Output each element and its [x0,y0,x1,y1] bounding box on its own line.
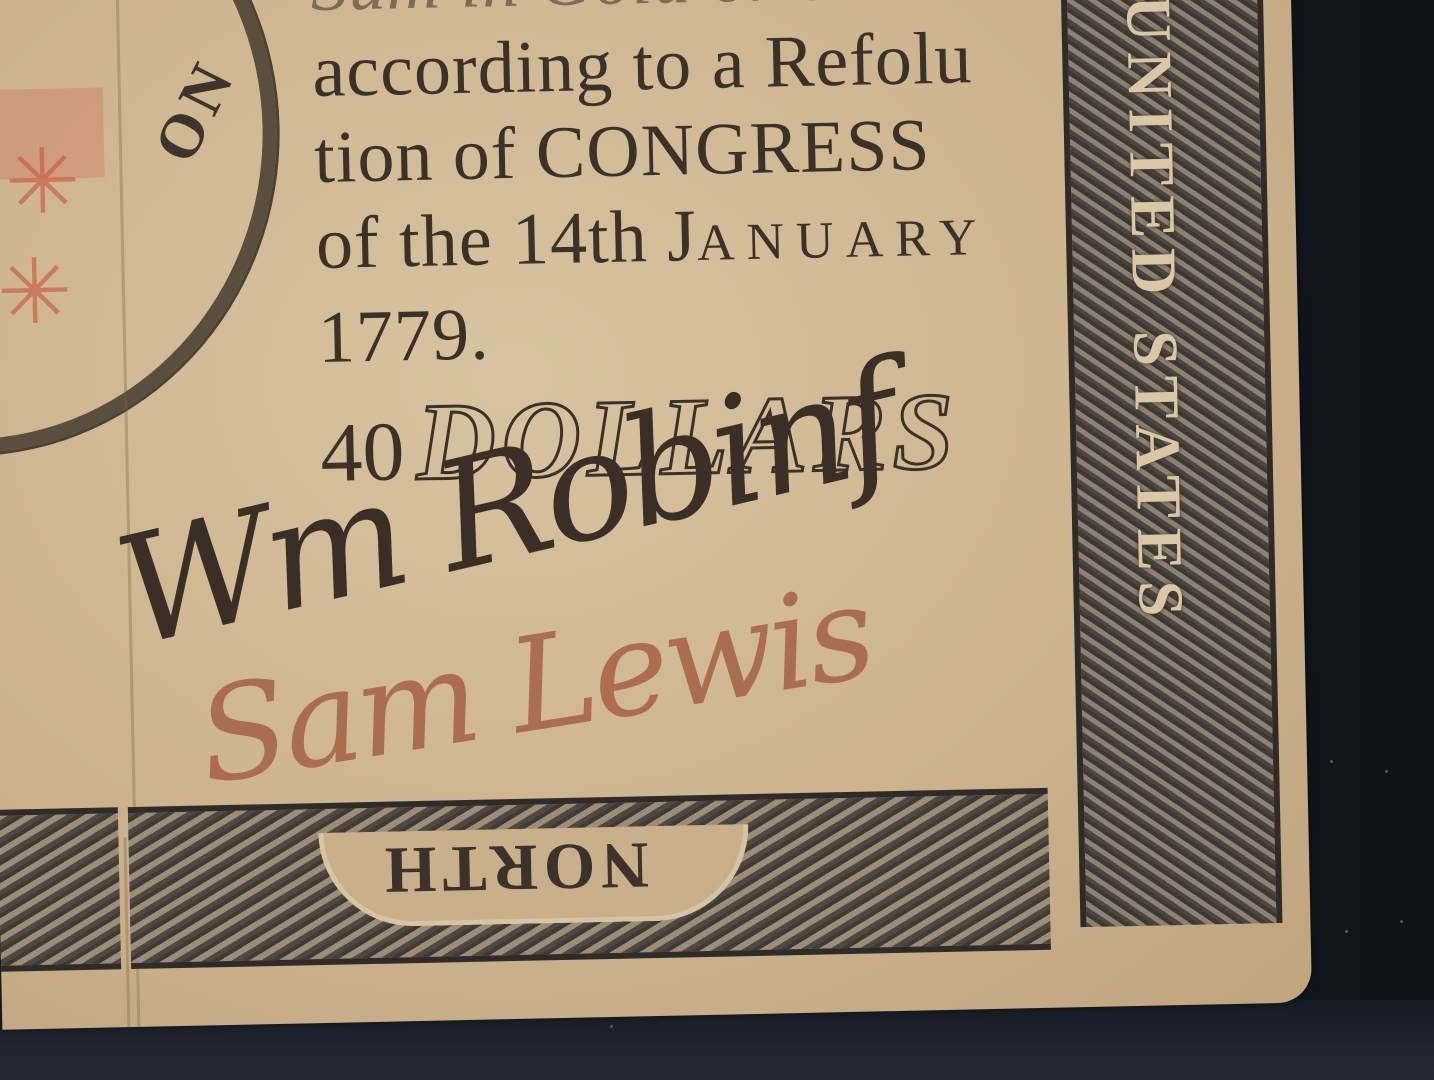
text-line-3-caps: ANUARY [696,209,989,272]
dust-speck [1330,760,1333,763]
text-line-year: 1779. [317,281,991,381]
dust-speck [1345,930,1348,933]
dust-speck [610,1025,613,1028]
dust-speck [1385,770,1388,773]
right-border-inscription: UNITED STATES [1111,0,1198,627]
circular-seal [0,0,286,463]
text-line-3-prefix: of the 14th J [315,195,698,285]
bottom-border-inscription: NORTH [378,826,649,908]
text-line-1: according to a Refolu [312,15,986,115]
text-line-3: of the 14th JANUARY [315,187,989,295]
dust-speck [1400,920,1403,923]
text-line-2: tion of CONGRESS [313,101,987,201]
banknote: ✳ ✳ ON Sum in Gold or Silver according t… [0,0,1312,1030]
bottom-left-ornamental-border [0,807,121,971]
